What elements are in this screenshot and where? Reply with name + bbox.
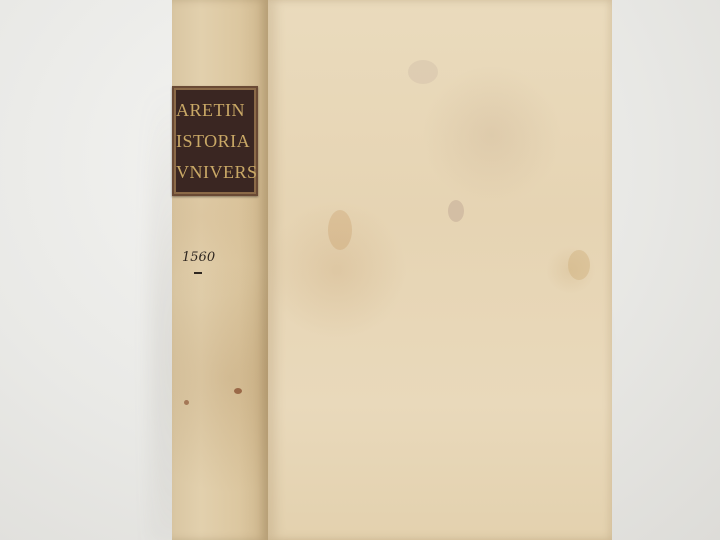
spine-stain bbox=[234, 388, 242, 394]
spine-stain bbox=[184, 400, 189, 405]
spine-label-line-1: ARETIN bbox=[176, 101, 245, 119]
cover-stain bbox=[328, 210, 352, 250]
spine-title-label: ARETIN ISTORIA VNIVERS bbox=[172, 86, 258, 196]
handwritten-shelfmark: 1560 bbox=[182, 250, 215, 265]
front-cover bbox=[268, 0, 612, 540]
spine-label-line-2: ISTORIA bbox=[176, 132, 250, 150]
shelfmark-dash bbox=[194, 272, 202, 274]
cover-stain bbox=[448, 200, 464, 222]
cover-stain bbox=[408, 60, 438, 84]
book-spine: ARETIN ISTORIA VNIVERS 1560 bbox=[172, 0, 268, 540]
spine-label-line-3: VNIVERS bbox=[176, 163, 258, 181]
vellum-book: ARETIN ISTORIA VNIVERS 1560 bbox=[172, 0, 612, 540]
cover-stain bbox=[568, 250, 590, 280]
photo-scene: ARETIN ISTORIA VNIVERS 1560 bbox=[0, 0, 720, 540]
